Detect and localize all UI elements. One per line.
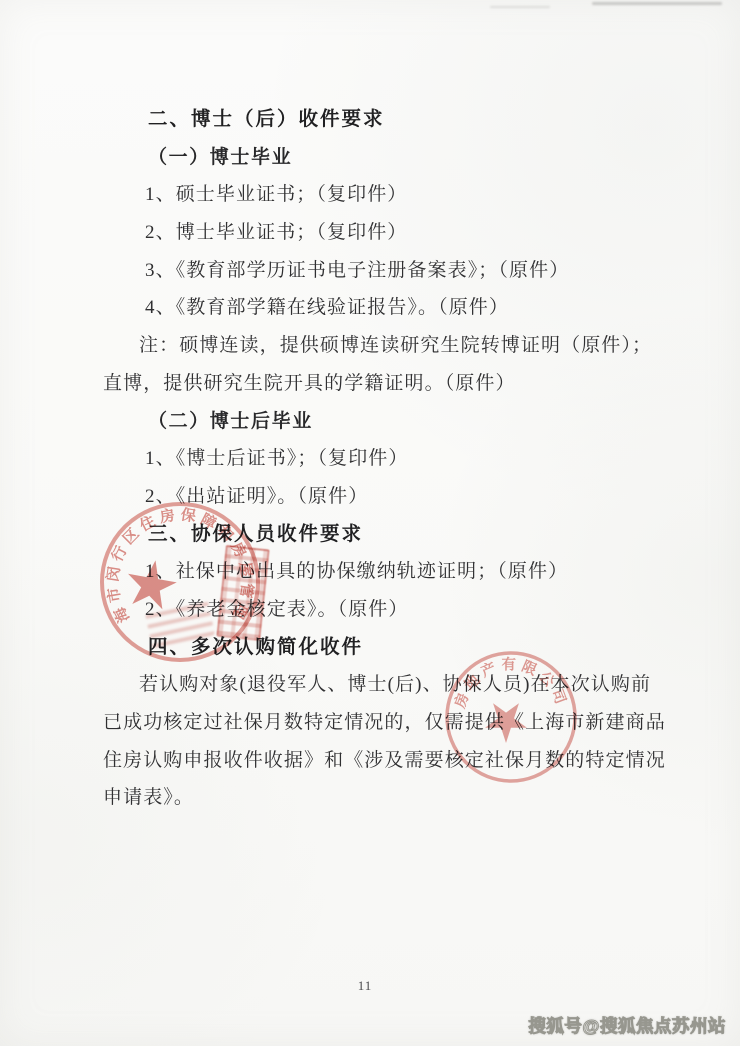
right-company-seal: 房地产有限公司	[443, 646, 588, 791]
note-line: 注：硕博连读，提供硕博连读研究生院转博证明（原件）；	[103, 327, 663, 365]
section-heading: 二、博士（后）收件要求	[103, 101, 663, 139]
star-icon	[123, 556, 180, 611]
list-item: 4、《教育部学籍在线验证报告》。（原件）	[103, 289, 663, 327]
list-item: 1、硕士毕业证书；（复印件）	[103, 176, 663, 214]
sub-heading: （一）博士毕业	[103, 139, 663, 177]
star-icon	[485, 703, 527, 743]
svg-text:房地产有限公司: 房地产有限公司	[450, 656, 571, 712]
page-number: 11	[0, 978, 730, 994]
scan-artifact	[592, 2, 722, 5]
sub-heading: （二）博士后毕业	[103, 403, 663, 441]
list-item: 2、博士毕业证书；（复印件）	[103, 214, 663, 252]
watermark: 搜狐号@搜狐焦点苏州站	[528, 1013, 726, 1038]
seal-ring-text: 房地产有限公司	[450, 656, 571, 712]
list-item: 1、《博士后证书》；（复印件）	[103, 440, 663, 478]
document-page: 二、博士（后）收件要求 （一）博士毕业 1、硕士毕业证书；（复印件） 2、博士毕…	[0, 0, 740, 1046]
list-item: 3、《教育部学历证书电子注册备案表》；（原件）	[103, 252, 663, 290]
scan-artifact	[490, 6, 550, 8]
note-line: 直博，提供研究生院开具的学籍证明。（原件）	[103, 365, 663, 403]
